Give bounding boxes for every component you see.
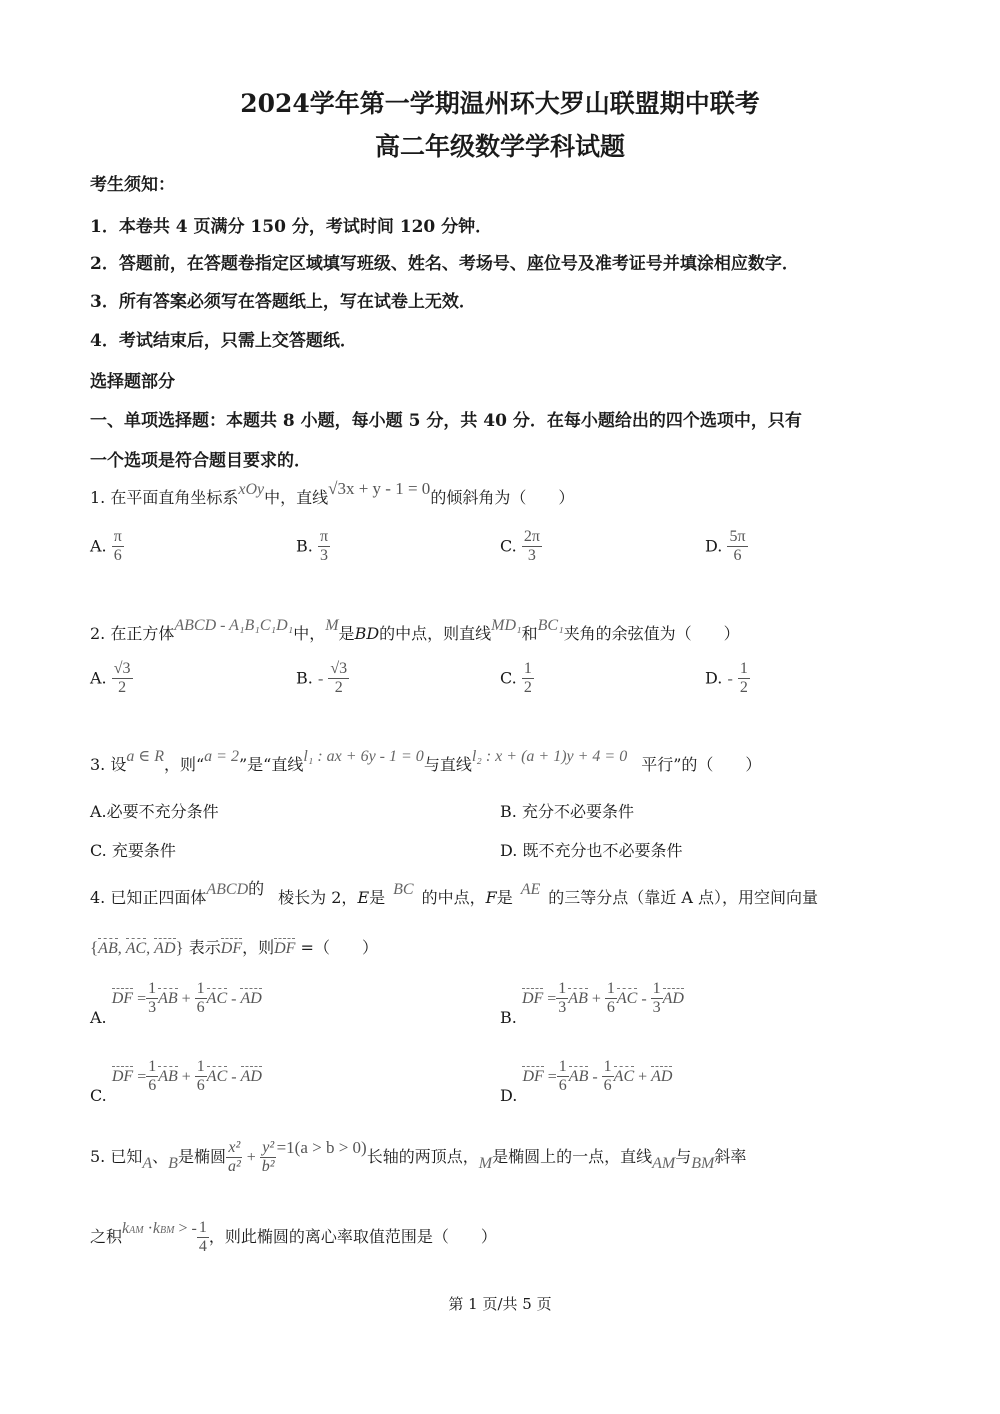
q2-line2: BC₁ [538,617,564,634]
q3-option-c[interactable]: C. 充要条件 [90,838,176,861]
notice-heading: 考生须知： [90,170,175,195]
fraction: π3 [318,528,330,566]
q4-text: 是 [497,888,513,907]
vector-df: DF [221,938,242,958]
vector-ac: AC [126,938,146,958]
question-1: 1. 在平面直角坐标系xOy中，直线√3x + y - 1 = 0的倾斜角为（ … [90,485,574,508]
notice-item-2: 2．答题前，在答题卷指定区域填写班级、姓名、考场号、座位号及准考证号并填涂相应数… [90,249,799,274]
q2-prefix: 2. 在正方体 [90,624,174,643]
section-heading: 选择题部分 [90,367,175,392]
q3-suffix: 平行”的（ ） [641,755,761,774]
q3-equation: a = 2 [204,748,239,765]
q1-option-c[interactable]: C. 2π3 [500,528,542,566]
option-label: A. [90,668,107,687]
option-label: C. [500,668,517,687]
q5-suffix: ，则此椭圆的离心率取值范围是（ ） [209,1227,497,1246]
notice-item-1: 1．本卷共 4 页满分 150 分，考试时间 120 分钟． [90,212,492,237]
q5-line-bm: BM [691,1155,714,1172]
notice-item-3: 3．所有答案必须写在答题纸上，写在试卷上无效． [90,287,476,312]
q5-text: 是椭圆上的一点，直线 [492,1147,652,1166]
q2-text: 的中点，则直线 [379,624,491,643]
q5-text: 与 [675,1147,691,1166]
option-label: B. [296,668,313,687]
q4-text: 表示 [189,938,221,957]
fraction: 5π6 [727,528,747,566]
q3-option-b[interactable]: B. 充分不必要条件 [500,799,634,822]
q2-text: 中， [293,624,325,643]
q4-prefix: 4. 已知正四面体 [90,888,206,907]
q5-point-a: A [142,1155,152,1172]
fraction: 12 [522,660,534,698]
question-3: 3. 设a ∈ R，则“a = 2”是“直线l₁ : ax + 6y - 1 =… [90,752,761,775]
option-label: A. [90,1008,107,1027]
q1-option-d[interactable]: D. 5π6 [705,528,748,566]
q5-text: 长轴的两顶点， [367,1147,479,1166]
option-label: A. [90,802,107,821]
question-2: 2. 在正方体ABCD - A₁B₁C₁D₁中，M是BD的中点，则直线MD₁和B… [90,621,740,644]
q4-point-f: F [486,888,497,907]
q1-formula: √3x + y - 1 = 0 [328,479,430,498]
section-instruction-line1: 一、单项选择题：本题共 8 小题，每小题 5 分，共 40 分．在每小题给出的四… [90,406,802,431]
q4-text: 的 [248,879,264,898]
vector-ad: AD [154,938,175,958]
option-label: B. [500,1008,517,1027]
fraction: 14 [197,1219,209,1257]
fraction: π6 [112,528,124,566]
vector-ab: AB [98,938,118,958]
option-label: B. [500,802,517,821]
q2-option-c[interactable]: C. 12 [500,660,534,698]
q2-text: 和 [522,624,538,643]
q2-solid: ABCD - A₁B₁C₁D₁ [174,617,293,634]
q5-text: 斜率 [714,1147,746,1166]
option-label: B. [296,536,313,555]
q2-line1: MD₁ [491,617,521,634]
q4-segment-ae: AE [521,881,541,898]
question-4-line2: {AB, AC, AD} 表示DF，则DF =（ ） [90,935,378,958]
q3-condition: a ∈ R [126,748,164,765]
exam-title: 2024学年第一学期温州环大罗山联盟期中联考 [0,84,1000,120]
fraction: √32 [328,660,349,698]
q2-point: M [325,617,338,634]
q1-prefix: 1. 在平面直角坐标系 [90,488,238,507]
q2-suffix: 夹角的余弦值为（ ） [564,624,740,643]
q1-option-b[interactable]: B. π3 [296,528,330,566]
q4-suffix: 的三等分点（靠近 A 点），用空间向量 [548,888,818,907]
q4-point-e: E [357,888,369,907]
option-label: D. [705,536,722,555]
q3-option-a[interactable]: A.必要不充分条件 [90,799,219,822]
q1-coord: xOy [238,481,264,498]
option-label: A. [90,536,107,555]
vector-df: DF [522,988,543,1008]
q2-option-b[interactable]: B. - √32 [296,660,349,698]
q5-text: 、 [152,1147,168,1166]
q5-point-m: M [479,1155,492,1172]
q5-ellipse-equation: x²a² + y²b²=1(a > b > 0) [226,1147,367,1166]
page-number: 第 1 页/共 5 页 [0,1293,1000,1314]
option-label: C. [500,536,517,555]
question-5-line2: 之积kAM ·kBM > -14，则此椭圆的离心率取值范围是（ ） [90,1218,497,1259]
sign: - [318,670,323,687]
q1-mid: 中，直线 [264,488,328,507]
vector-df: DF [274,938,295,958]
sign: - [727,670,732,687]
q3-text: ，则“ [164,755,204,774]
vector-df: DF [112,1066,133,1086]
notice-item-4: 4．考试结束后，只需上交答题纸． [90,326,357,351]
option-label: D. [500,841,517,860]
q5-point-b: B [168,1155,178,1172]
vector-df: DF [522,1066,543,1086]
q2-option-a[interactable]: A. √32 [90,660,133,698]
q2-text: 是 [339,624,355,643]
q3-prefix: 3. 设 [90,755,126,774]
q3-text: ”是“直线 [239,755,303,774]
q4-text: 是 [369,888,385,907]
q1-suffix: 的倾斜角为（ ） [430,488,574,507]
q4-text: 的中点， [422,888,486,907]
option-text: 充分不必要条件 [522,802,634,821]
fraction: √32 [112,660,133,698]
fraction: 2π3 [522,528,542,566]
q4-option-a[interactable]: A. DF =13AB + 16AC - AD [90,980,262,1018]
q5-slope-product: kAM ·kBM > - [122,1218,197,1237]
exam-subtitle: 高二年级数学学科试题 [0,127,1000,163]
q3-line1: l₁ : ax + 6y - 1 = 0 [303,748,423,765]
q2-option-d[interactable]: D. - 12 [705,660,750,698]
q4-solid: ABCD [206,881,248,898]
vector-df: DF [112,988,133,1008]
option-label: D. [500,1086,517,1105]
question-5: 5. 已知A、B是椭圆x²a² + y²b²=1(a > b > 0)长轴的两顶… [90,1138,746,1177]
option-text: 充要条件 [112,841,176,860]
q4-text: 棱长为 2， [278,888,357,907]
q4-option-c[interactable]: C. DF =16AB + 16AC - AD [90,1058,262,1096]
q5-prefix: 5. 已知 [90,1147,142,1166]
question-4: 4. 已知正四面体ABCD的棱长为 2，E是BC的中点，F是AE的三等分点（靠近… [90,885,818,908]
q1-option-a[interactable]: A. π6 [90,528,124,566]
q4-text: ，则 [242,938,274,957]
option-label: C. [90,1086,107,1105]
q3-option-d[interactable]: D. 既不充分也不必要条件 [500,838,682,861]
q4-suffix: =（ ） [301,938,378,957]
option-text: 既不充分也不必要条件 [522,841,682,860]
option-label: C. [90,841,107,860]
option-label: D. [705,668,722,687]
q4-option-b[interactable]: B. DF =13AB + 16AC - 13AD [500,980,684,1018]
q5-text: 之积 [90,1227,122,1246]
option-text: 必要不充分条件 [107,802,219,821]
q5-text: 是椭圆 [178,1147,226,1166]
q5-line-am: AM [652,1155,675,1172]
q4-option-d[interactable]: D. DF =16AB - 16AC + AD [500,1058,672,1096]
q3-text: 与直线 [424,755,472,774]
q4-segment-bc: BC [393,881,413,898]
section-instruction-line2: 一个选项是符合题目要求的． [90,446,311,471]
fraction: 12 [738,660,750,698]
q3-line2: l₂ : x + (a + 1)y + 4 = 0 [472,748,627,765]
q2-segment: BD [355,624,380,643]
